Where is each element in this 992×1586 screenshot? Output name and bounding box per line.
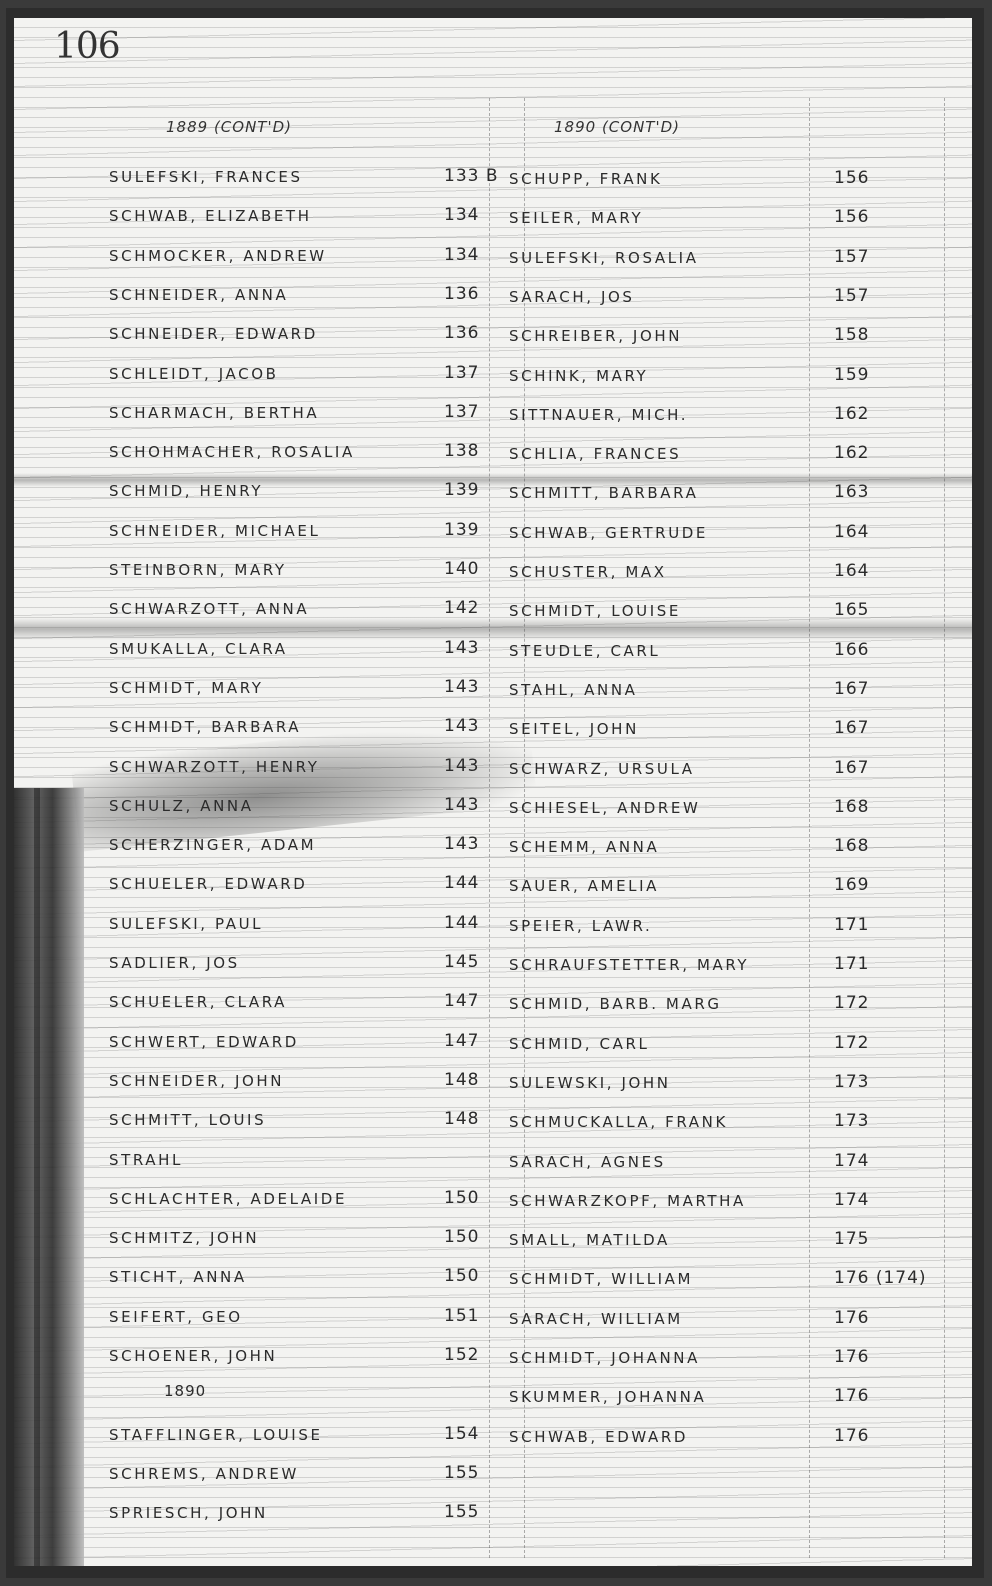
entry-page: 136 — [444, 284, 479, 304]
entry-page: 168 — [834, 836, 869, 856]
entry-page: 176 — [834, 1386, 869, 1406]
right-entry-row: SCHEMM, ANNA168 — [509, 838, 949, 862]
right-column-header: 1890 (CONT'D) — [554, 118, 680, 136]
entry-name: SKUMMER, JOHANNA — [509, 1388, 706, 1406]
entry-page: 144 — [444, 873, 479, 893]
entry-name: SCHRAUFSTETTER, MARY — [509, 956, 749, 974]
entry-page: 168 — [834, 797, 869, 817]
entry-name: SCHLIA, FRANCES — [509, 445, 681, 463]
entry-page: 139 — [444, 480, 479, 500]
right-entry-row: SULEWSKI, JOHN173 — [509, 1074, 949, 1098]
entry-page: 174 — [834, 1190, 869, 1210]
left-entry-row: SCHREMS, ANDREW155 — [109, 1465, 509, 1489]
left-entry-row: SPRIESCH, JOHN155 — [109, 1504, 509, 1528]
right-entry-row: SCHMID, CARL172 — [509, 1035, 949, 1059]
right-entry-row: STAHL, ANNA167 — [509, 681, 949, 705]
entry-name: SCHMITZ, JOHN — [109, 1229, 259, 1247]
entry-page: 156 — [834, 168, 869, 188]
entry-page: 155 — [444, 1463, 479, 1483]
right-entry-row: SCHMIDT, JOHANNA176 — [509, 1349, 949, 1373]
entry-name: SITTNAUER, MICH. — [509, 406, 688, 424]
right-entry-row: SARACH, JOS157 — [509, 288, 949, 312]
entry-page: 134 — [444, 205, 479, 225]
entry-name: SCHMID, BARB. MARG — [509, 995, 722, 1013]
entry-name: SEITEL, JOHN — [509, 720, 639, 738]
entry-name: SCHUSTER, MAX — [509, 563, 667, 581]
left-entry-row: SCHWAB, ELIZABETH134 — [109, 207, 509, 231]
entry-page: 176 — [834, 1308, 869, 1328]
entry-page: 176 — [834, 1347, 869, 1367]
entry-name: SCHLACHTER, ADELAIDE — [109, 1190, 347, 1208]
right-entry-row: SARACH, AGNES174 — [509, 1153, 949, 1177]
entry-name: SCHUPP, FRANK — [509, 170, 662, 188]
entry-name: SCHMIDT, WILLIAM — [509, 1270, 693, 1288]
left-entry-row: SCHMITZ, JOHN150 — [109, 1229, 509, 1253]
left-entry-row: SEIFERT, GEO151 — [109, 1308, 509, 1332]
entry-page: 169 — [834, 875, 869, 895]
entry-page: 143 — [444, 834, 479, 854]
entry-name: SCHREIBER, JOHN — [509, 327, 682, 345]
right-entry-row: SCHUSTER, MAX164 — [509, 563, 949, 587]
column-rule — [944, 98, 946, 1558]
column-rule — [809, 98, 811, 1558]
entry-page: 155 — [444, 1502, 479, 1522]
entry-page: 137 — [444, 402, 479, 422]
entry-name: SCHMIDT, LOUISE — [509, 602, 681, 620]
entry-page: 164 — [834, 522, 869, 542]
left-entry-row: SCHMID, HENRY139 — [109, 482, 509, 506]
page-number: 106 — [54, 26, 120, 67]
left-entry-row: SCHARMACH, BERTHA137 — [109, 404, 509, 428]
right-entry-row: SAUER, AMELIA169 — [509, 877, 949, 901]
entry-page: 166 — [834, 640, 869, 660]
entry-name: SARACH, AGNES — [509, 1153, 666, 1171]
entry-name: SCHUELER, CLARA — [109, 993, 287, 1011]
entry-page: 148 — [444, 1109, 479, 1129]
ledger-page: 106 1889 (CONT'D) 1890 (CONT'D) SULEFSKI… — [14, 18, 972, 1566]
right-entry-row: SCHIESEL, ANDREW168 — [509, 799, 949, 823]
entry-page: 176 (174) — [834, 1268, 927, 1288]
left-entry-row: SCHMITT, LOUIS148 — [109, 1111, 509, 1135]
entry-page: 134 — [444, 245, 479, 265]
right-entry-row: SCHMID, BARB. MARG172 — [509, 995, 949, 1019]
entry-page: 175 — [834, 1229, 869, 1249]
entry-page: 136 — [444, 323, 479, 343]
left-entry-row: SCHUELER, EDWARD144 — [109, 875, 509, 899]
entry-name: SPRIESCH, JOHN — [109, 1504, 268, 1522]
entry-page: 164 — [834, 561, 869, 581]
entry-name: SCHIESEL, ANDREW — [509, 799, 700, 817]
right-entry-row: SCHWARZKOPF, MARTHA174 — [509, 1192, 949, 1216]
right-entry-row: SCHWAB, EDWARD176 — [509, 1428, 949, 1452]
left-entry-row: SCHNEIDER, EDWARD136 — [109, 325, 509, 349]
entry-name: SMALL, MATILDA — [509, 1231, 670, 1249]
entry-page: 150 — [444, 1188, 479, 1208]
entry-name: SCHMUCKALLA, FRANK — [509, 1113, 728, 1131]
left-entry-row: SCHMIDT, MARY143 — [109, 679, 509, 703]
left-entry-row: STAFFLINGER, LOUISE154 — [109, 1426, 509, 1450]
right-entry-row: SCHMUCKALLA, FRANK173 — [509, 1113, 949, 1137]
entry-name: SCHMID, CARL — [509, 1035, 649, 1053]
entry-page: 158 — [834, 325, 869, 345]
entry-page: 159 — [834, 365, 869, 385]
left-entry-row: SULEFSKI, FRANCES133 B — [109, 168, 509, 192]
entry-page: 163 — [834, 482, 869, 502]
entry-page: 167 — [834, 679, 869, 699]
entry-name: SAUER, AMELIA — [509, 877, 659, 895]
entry-name: STEUDLE, CARL — [509, 642, 660, 660]
right-entry-row: SMALL, MATILDA175 — [509, 1231, 949, 1255]
entry-page: 167 — [834, 718, 869, 738]
left-entry-row: STEINBORN, MARY140 — [109, 561, 509, 585]
entry-page: 174 — [834, 1151, 869, 1171]
right-entry-row: SCHMIDT, WILLIAM176 (174) — [509, 1270, 949, 1294]
entry-page: 133 B — [444, 166, 499, 186]
entry-page: 172 — [834, 993, 869, 1013]
entry-name: SMUKALLA, CLARA — [109, 640, 288, 658]
entry-name: SULEFSKI, PAUL — [109, 915, 263, 933]
entry-name: SCHMITT, BARBARA — [509, 484, 698, 502]
entry-page: 143 — [444, 638, 479, 658]
entry-name: SPEIER, LAWR. — [509, 917, 652, 935]
entry-name: STAHL, ANNA — [509, 681, 638, 699]
entry-page: 150 — [444, 1266, 479, 1286]
entry-name: SCHOENER, JOHN — [109, 1347, 277, 1365]
left-entry-row: SCHLACHTER, ADELAIDE150 — [109, 1190, 509, 1214]
entry-name: STICHT, ANNA — [109, 1268, 247, 1286]
entry-page: 143 — [444, 677, 479, 697]
entry-page: 165 — [834, 600, 869, 620]
column-rule — [524, 98, 526, 1558]
entry-name: SCHWERT, EDWARD — [109, 1033, 299, 1051]
entry-page: 173 — [834, 1111, 869, 1131]
right-entry-row: SCHMITT, BARBARA163 — [509, 484, 949, 508]
entry-name: SEILER, MARY — [509, 209, 643, 227]
entry-name: SARACH, WILLIAM — [509, 1310, 683, 1328]
entry-page: 151 — [444, 1306, 479, 1326]
entry-name: SCHWARZ, URSULA — [509, 760, 695, 778]
right-entry-row: SEITEL, JOHN167 — [509, 720, 949, 744]
right-entry-row: SULEFSKI, ROSALIA157 — [509, 249, 949, 273]
entry-page: 162 — [834, 443, 869, 463]
entry-name: SCHWARZKOPF, MARTHA — [509, 1192, 746, 1210]
left-entry-row: SCHOHMACHER, ROSALIA138 — [109, 443, 509, 467]
right-entry-row: SITTNAUER, MICH.162 — [509, 406, 949, 430]
left-column-header: 1889 (CONT'D) — [166, 118, 292, 136]
entry-page: 140 — [444, 559, 479, 579]
entry-page: 157 — [834, 286, 869, 306]
entry-name: STEINBORN, MARY — [109, 561, 287, 579]
entry-name: SCHULZ, ANNA — [109, 797, 254, 815]
left-entry-row: SCHNEIDER, MICHAEL139 — [109, 522, 509, 546]
entry-name: SCHNEIDER, ANNA — [109, 286, 288, 304]
right-entry-row: SCHLIA, FRANCES162 — [509, 445, 949, 469]
left-entry-row: SMUKALLA, CLARA143 — [109, 640, 509, 664]
entry-name: SCHINK, MARY — [509, 367, 648, 385]
right-entry-row: SARACH, WILLIAM176 — [509, 1310, 949, 1334]
entry-name: SCHWAB, GERTRUDE — [509, 524, 708, 542]
entry-name: SULEFSKI, FRANCES — [109, 168, 303, 186]
left-entry-row: SCHWERT, EDWARD147 — [109, 1033, 509, 1057]
left-entry-row: SULEFSKI, PAUL144 — [109, 915, 509, 939]
entry-page: 145 — [444, 952, 479, 972]
entry-name: SCHUELER, EDWARD — [109, 875, 307, 893]
entry-page: 139 — [444, 520, 479, 540]
left-entry-row: STRAHL — [109, 1151, 509, 1175]
entry-name: SARACH, JOS — [509, 288, 635, 306]
entry-name: SCHWAB, ELIZABETH — [109, 207, 312, 225]
left-entry-row: SCHLEIDT, JACOB137 — [109, 365, 509, 389]
left-entry-row: SCHULZ, ANNA143 — [109, 797, 509, 821]
right-entry-row: SEILER, MARY156 — [509, 209, 949, 233]
entry-name: SCHWARZOTT, HENRY — [109, 758, 319, 776]
right-entry-row: SPEIER, LAWR.171 — [509, 917, 949, 941]
right-entry-row: SCHREIBER, JOHN158 — [509, 327, 949, 351]
entry-page: 167 — [834, 758, 869, 778]
right-entry-row: SCHWAB, GERTRUDE164 — [509, 524, 949, 548]
entry-name: SCHNEIDER, JOHN — [109, 1072, 284, 1090]
entry-name: SCHNEIDER, EDWARD — [109, 325, 318, 343]
entry-name: SCHOHMACHER, ROSALIA — [109, 443, 355, 461]
entry-name: SCHMITT, LOUIS — [109, 1111, 266, 1129]
entry-name: SCHMIDT, BARBARA — [109, 718, 301, 736]
entry-name: SCHERZINGER, ADAM — [109, 836, 316, 854]
entry-page: 171 — [834, 915, 869, 935]
entry-page: 143 — [444, 716, 479, 736]
entry-page: 138 — [444, 441, 479, 461]
entry-page: 172 — [834, 1033, 869, 1053]
left-entry-row: STICHT, ANNA150 — [109, 1268, 509, 1292]
entry-page: 137 — [444, 363, 479, 383]
left-entry-row: SCHWARZOTT, HENRY143 — [109, 758, 509, 782]
entry-name: SCHNEIDER, MICHAEL — [109, 522, 320, 540]
entry-page: 143 — [444, 795, 479, 815]
entry-page: 148 — [444, 1070, 479, 1090]
entry-page: 176 — [834, 1426, 869, 1446]
right-entry-row: SCHRAUFSTETTER, MARY171 — [509, 956, 949, 980]
left-entry-row: SCHNEIDER, ANNA136 — [109, 286, 509, 310]
entry-name: STAFFLINGER, LOUISE — [109, 1426, 323, 1444]
entry-page: 142 — [444, 598, 479, 618]
left-entry-row: SCHNEIDER, JOHN148 — [109, 1072, 509, 1096]
entry-name: SCHREMS, ANDREW — [109, 1465, 299, 1483]
left-entry-row: SADLIER, JOS145 — [109, 954, 509, 978]
entry-name: SULEFSKI, ROSALIA — [509, 249, 699, 267]
right-entry-row: SCHUPP, FRANK156 — [509, 170, 949, 194]
left-entry-row: SCHMOCKER, ANDREW134 — [109, 247, 509, 271]
right-entry-row: STEUDLE, CARL166 — [509, 642, 949, 666]
entry-page: 147 — [444, 1031, 479, 1051]
left-entry-row: SCHERZINGER, ADAM143 — [109, 836, 509, 860]
entry-name: SCHARMACH, BERTHA — [109, 404, 319, 422]
entry-page: 150 — [444, 1227, 479, 1247]
entry-name: SEIFERT, GEO — [109, 1308, 243, 1326]
entry-name: SCHMIDT, MARY — [109, 679, 264, 697]
entry-page: 152 — [444, 1345, 479, 1365]
right-entry-row: SKUMMER, JOHANNA176 — [509, 1388, 949, 1412]
entry-name: SCHMIDT, JOHANNA — [509, 1349, 700, 1367]
right-entry-row: SCHMIDT, LOUISE165 — [509, 602, 949, 626]
left-entry-row: SCHMIDT, BARBARA143 — [109, 718, 509, 742]
entry-page: 162 — [834, 404, 869, 424]
entry-name: SCHMID, HENRY — [109, 482, 263, 500]
entry-page: 144 — [444, 913, 479, 933]
entry-name: STRAHL — [109, 1151, 183, 1169]
column-rule — [489, 98, 491, 1558]
right-entry-row: SCHINK, MARY159 — [509, 367, 949, 391]
year-margin-note: 1890 — [164, 1382, 206, 1400]
entry-name: SCHMOCKER, ANDREW — [109, 247, 327, 265]
entry-page: 143 — [444, 756, 479, 776]
page-binding-edge — [14, 788, 84, 1566]
right-entry-row: SCHWARZ, URSULA167 — [509, 760, 949, 784]
entry-name: SADLIER, JOS — [109, 954, 240, 972]
entry-page: 157 — [834, 247, 869, 267]
entry-page: 156 — [834, 207, 869, 227]
entry-page: 154 — [444, 1424, 479, 1444]
entry-page: 147 — [444, 991, 479, 1011]
left-entry-row: SCHOENER, JOHN152 — [109, 1347, 509, 1371]
entry-name: SCHEMM, ANNA — [509, 838, 659, 856]
entry-page: 173 — [834, 1072, 869, 1092]
entry-name: SULEWSKI, JOHN — [509, 1074, 671, 1092]
entry-name: SCHWAB, EDWARD — [509, 1428, 688, 1446]
entry-name: SCHWARZOTT, ANNA — [109, 600, 309, 618]
left-entry-row: SCHUELER, CLARA147 — [109, 993, 509, 1017]
left-entry-row: SCHWARZOTT, ANNA142 — [109, 600, 509, 624]
entry-name: SCHLEIDT, JACOB — [109, 365, 279, 383]
entry-page: 171 — [834, 954, 869, 974]
